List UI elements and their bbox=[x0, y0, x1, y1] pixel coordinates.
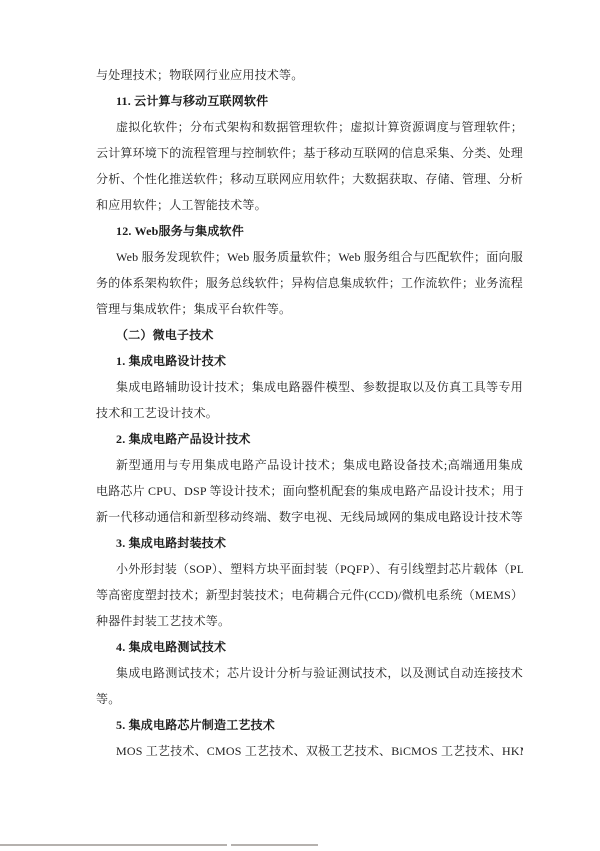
paragraph-line: Web 服务发现软件；Web 服务质量软件；Web 服务组合与匹配软件；面向服 bbox=[96, 244, 523, 270]
heading-section-2-microelectronics: （二）微电子技术 bbox=[96, 322, 523, 348]
scan-edge-artifact-left bbox=[0, 844, 227, 846]
paragraph-line: 电路芯片 CPU、DSP 等设计技术；面向整机配套的集成电路产品设计技术；用于 bbox=[96, 478, 523, 504]
paragraph-line: 等高密度塑封技术；新型封装技术；电荷耦合元件(CCD)/微机电系统（MEMS）特 bbox=[96, 582, 523, 608]
paragraph-line: 和应用软件；人工智能技术等。 bbox=[96, 192, 523, 218]
paragraph-line: 新一代移动通信和新型移动终端、数字电视、无线局域网的集成电路设计技术等。 bbox=[96, 504, 523, 530]
paragraph-line: 与处理技术；物联网行业应用技术等。 bbox=[96, 62, 523, 88]
paragraph-line: 集成电路辅助设计技术；集成电路器件模型、参数提取以及仿真工具等专用 bbox=[96, 374, 523, 400]
paragraph-line: 管理与集成软件；集成平台软件等。 bbox=[96, 296, 523, 322]
heading-12-web-services-integration-software: 12. Web服务与集成软件 bbox=[96, 218, 523, 244]
paragraph-line: 新型通用与专用集成电路产品设计技术；集成电路设备技术;高端通用集成 bbox=[96, 452, 523, 478]
heading-2-ic-product-design-technology: 2. 集成电路产品设计技术 bbox=[96, 426, 523, 452]
document-text-block: 与处理技术；物联网行业应用技术等。 11. 云计算与移动互联网软件 虚拟化软件；… bbox=[96, 62, 523, 764]
paragraph-line: 云计算环境下的流程管理与控制软件；基于移动互联网的信息采集、分类、处理、 bbox=[96, 140, 523, 166]
heading-11-cloud-mobile-internet-software: 11. 云计算与移动互联网软件 bbox=[96, 88, 523, 114]
heading-3-ic-packaging-technology: 3. 集成电路封装技术 bbox=[96, 530, 523, 556]
paragraph-line: 集成电路测试技术；芯片设计分析与验证测试技术，以及测试自动连接技术 bbox=[96, 660, 523, 686]
heading-5-ic-chip-fabrication-technology: 5. 集成电路芯片制造工艺技术 bbox=[96, 712, 523, 738]
paragraph-line: 务的体系架构软件；服务总线软件；异构信息集成软件；工作流软件；业务流程 bbox=[96, 270, 523, 296]
paragraph-line: 种器件封装工艺技术等。 bbox=[96, 608, 523, 634]
paragraph-line: 虚拟化软件；分布式架构和数据管理软件；虚拟计算资源调度与管理软件； bbox=[96, 114, 523, 140]
paragraph-line: 等。 bbox=[96, 686, 523, 712]
scan-edge-artifact-right bbox=[231, 844, 318, 846]
paragraph-line: 分析、个性化推送软件；移动互联网应用软件；大数据获取、存储、管理、分析 bbox=[96, 166, 523, 192]
paragraph-line: 小外形封装（SOP）、塑料方块平面封装（PQFP）、有引线塑封芯片载体（PLCC… bbox=[96, 556, 523, 582]
heading-4-ic-testing-technology: 4. 集成电路测试技术 bbox=[96, 634, 523, 660]
paragraph-line: MOS 工艺技术、CMOS 工艺技术、双极工艺技术、BiCMOS 工艺技术、HK… bbox=[96, 738, 523, 764]
document-page: 与处理技术；物联网行业应用技术等。 11. 云计算与移动互联网软件 虚拟化软件；… bbox=[0, 0, 600, 851]
paragraph-line: 技术和工艺设计技术。 bbox=[96, 400, 523, 426]
heading-1-ic-design-technology: 1. 集成电路设计技术 bbox=[96, 348, 523, 374]
